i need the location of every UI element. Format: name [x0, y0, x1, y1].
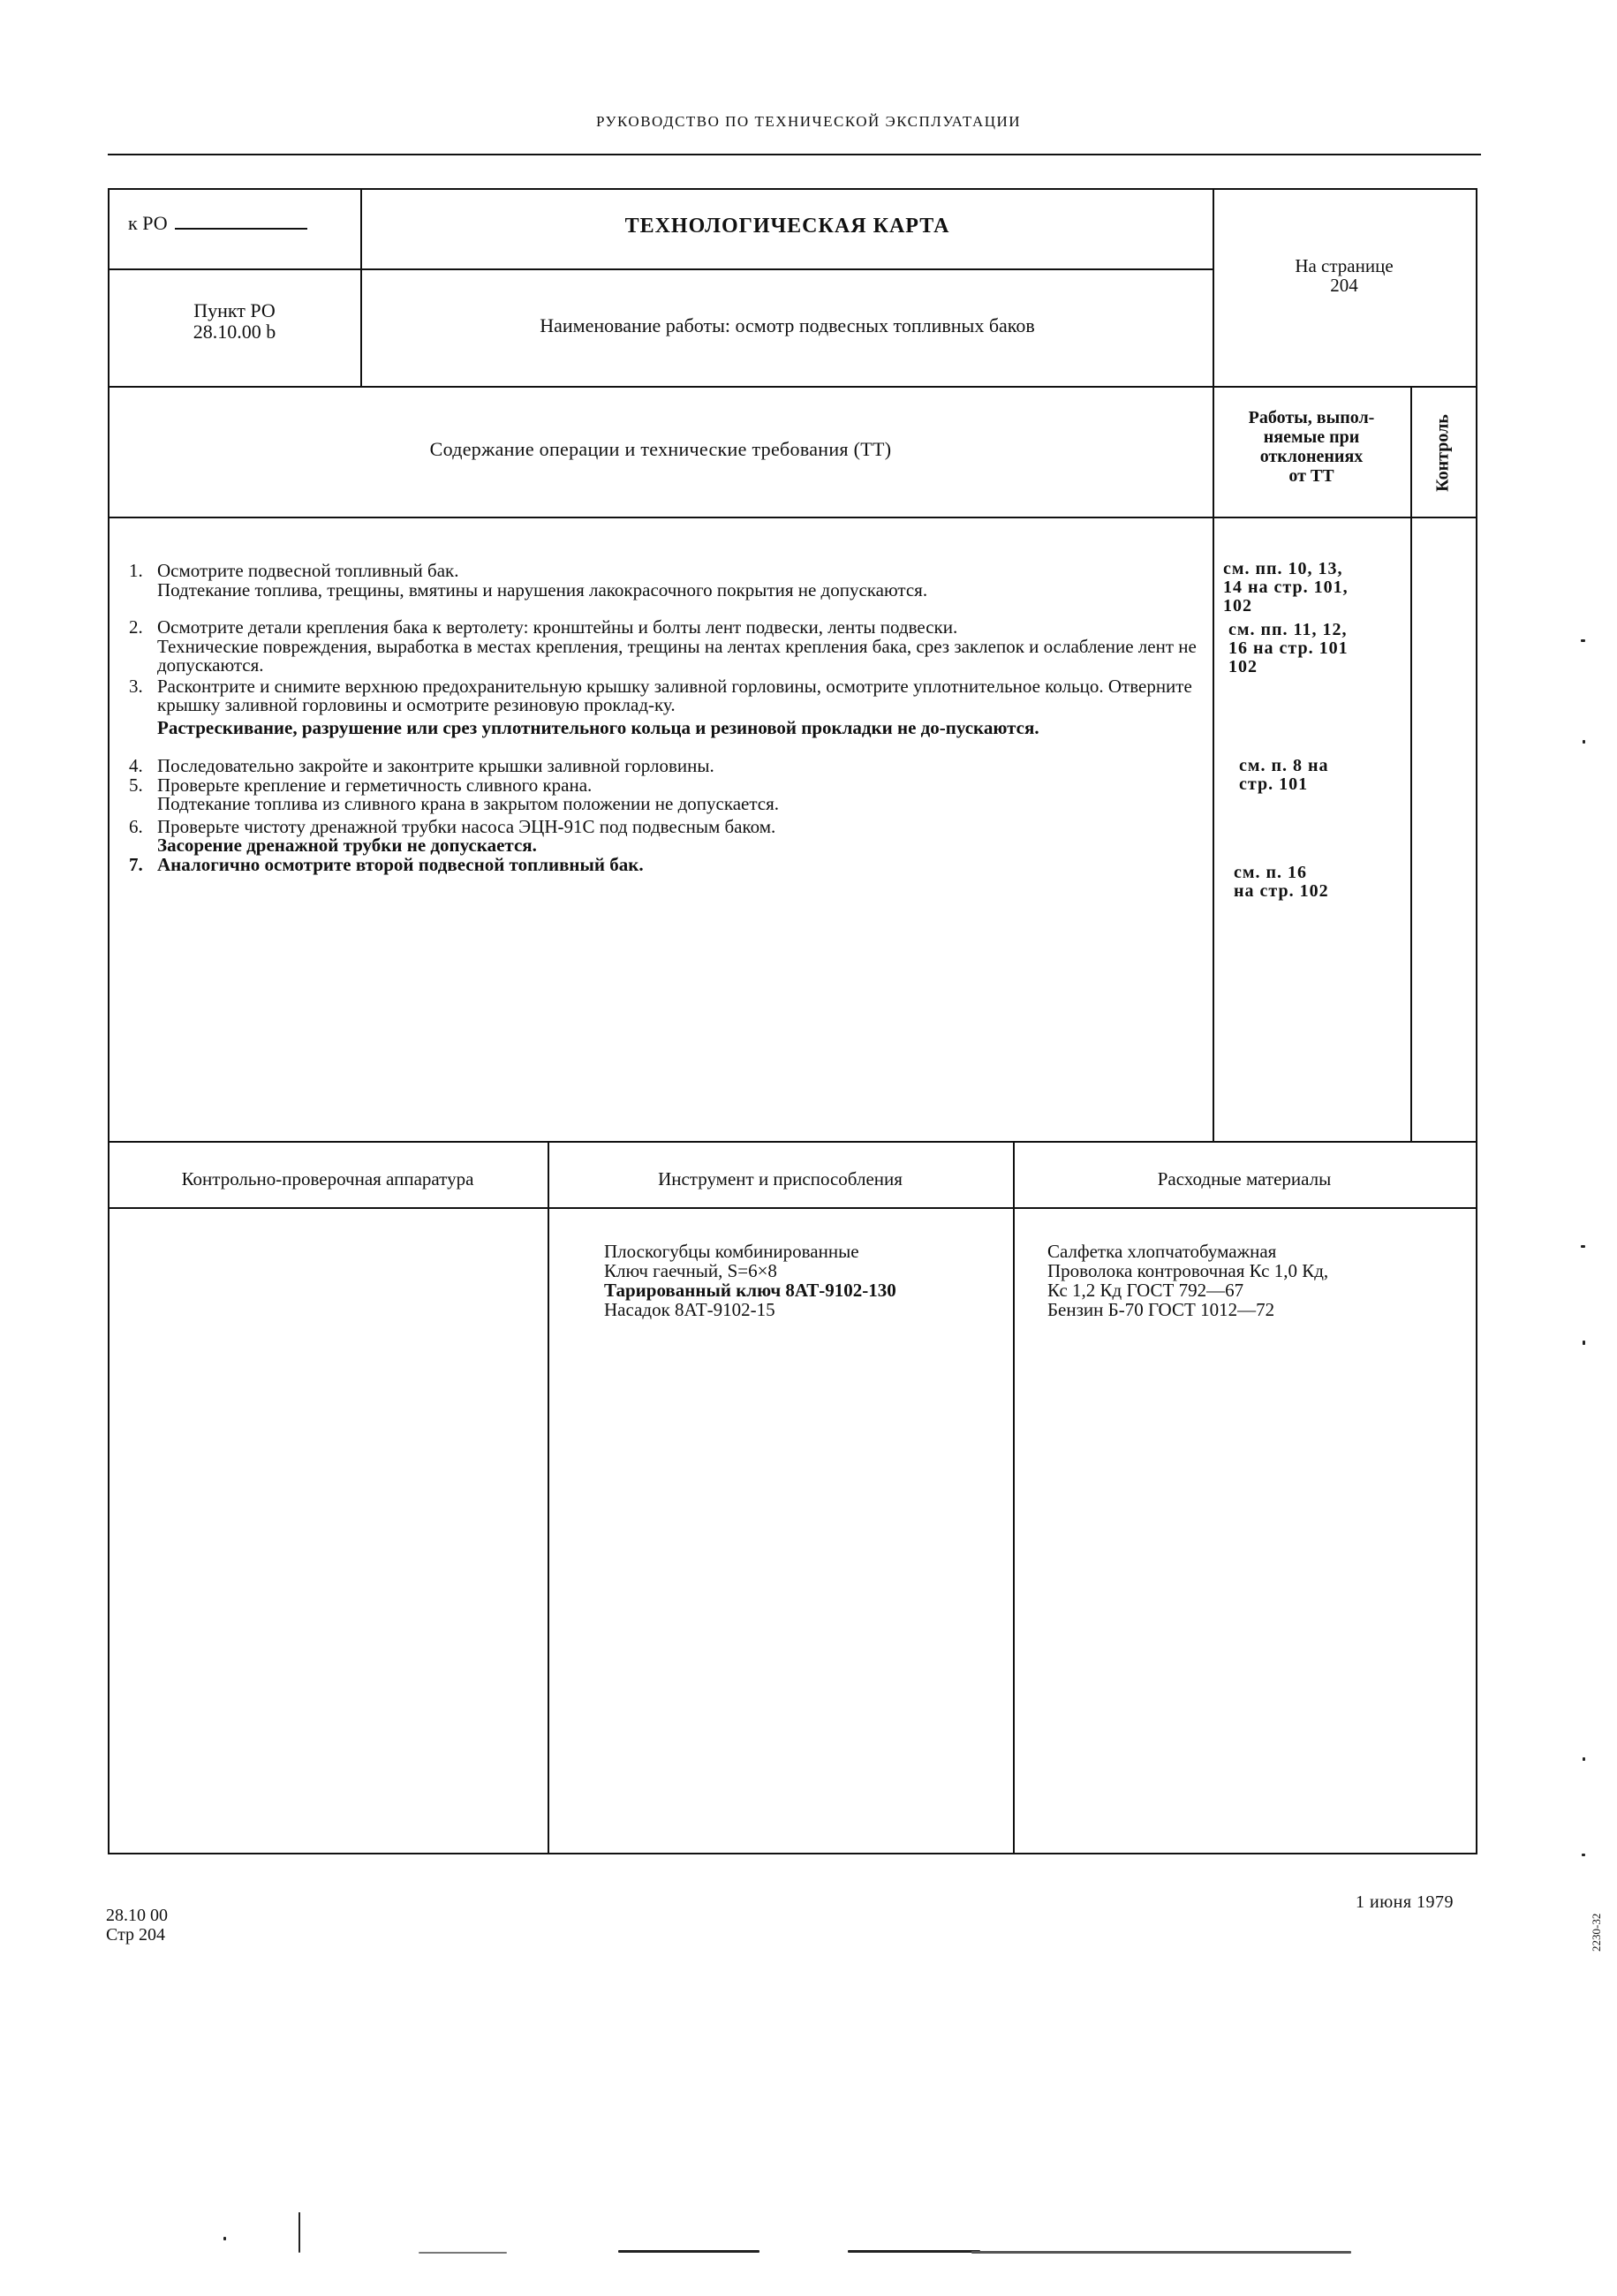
operation-requirement: Подтекание топлива, трещины, вмятины и н… [157, 581, 1211, 600]
operation-requirement: Растрескивание, разрушение или срез упло… [157, 719, 1211, 738]
operation-number: 4. [129, 757, 143, 776]
ref-line: см. п. 8 на [1239, 757, 1329, 775]
footer-date: 1 июня 1979 [1356, 1892, 1454, 1913]
k-ro-field: к РО [128, 212, 307, 235]
deviations-header-line: Работы, выпол- [1213, 408, 1410, 427]
deviation-ref: см. пп. 10, 13, 14 на стр. 101, 102 [1223, 560, 1349, 616]
operation-action: Осмотрите подвесной топливный бак. [157, 560, 459, 581]
table-top-border [108, 188, 1477, 190]
operation-requirement: Засорение дренажной трубки не допускаетс… [157, 836, 1211, 856]
tool-item: Ключ гаечный, S=6×8 [604, 1261, 896, 1280]
operation-number: 2. [129, 618, 143, 638]
ref-line: стр. 101 [1239, 775, 1329, 794]
tool-item: Тарированный ключ 8АТ-9102-130 [604, 1280, 896, 1300]
operation-action: Последовательно закройте и законтрите кр… [157, 755, 714, 776]
header-rule [108, 154, 1481, 155]
scan-mark [298, 2212, 300, 2253]
ref-line: 14 на стр. 101, [1223, 578, 1349, 597]
side-print-code: 2230-32 [1590, 1914, 1604, 1952]
scan-speck [1581, 639, 1585, 642]
tool-item: Насадок 8АТ-9102-15 [604, 1300, 896, 1319]
operation-action: Проверьте крепление и герметичность слив… [157, 774, 592, 796]
operation-item: 3. Расконтрите и снимите верхнюю предохр… [129, 677, 1211, 738]
divider-bottom-col2 [1013, 1141, 1015, 1853]
deviations-column-header: Работы, выпол- няемые при отклонениях от… [1213, 408, 1410, 486]
deviation-ref: см. п. 8 на стр. 101 [1239, 757, 1329, 794]
operation-number: 6. [129, 818, 143, 837]
divider-title-row [108, 268, 1213, 270]
scan-speck [1583, 1341, 1585, 1345]
operations-column-header: Содержание операции и технические требов… [109, 440, 1213, 459]
operation-requirement: Подтекание топлива из сливного крана в з… [157, 795, 1211, 814]
operation-item: 2. Осмотрите детали крепления бака к вер… [129, 618, 1211, 676]
scan-mark [419, 2252, 507, 2254]
k-ro-blank [175, 227, 307, 230]
test-equipment-header: Контрольно-проверочная аппаратура [108, 1168, 548, 1190]
control-header-label: Контроль [1433, 414, 1454, 492]
divider-bottom-section [108, 1141, 1477, 1143]
ref-line: см. п. 16 [1234, 864, 1329, 882]
punkt-ro: Пункт РО 28.10.00 b [109, 300, 360, 343]
operation-action: Проверьте чистоту дренажной трубки насос… [157, 816, 775, 837]
table-bottom-border [108, 1853, 1477, 1854]
divider-bottom-col1 [548, 1141, 549, 1853]
ref-line: 16 на стр. 101 [1228, 639, 1349, 658]
tools-list: Плоскогубцы комбинированные Ключ гаечный… [604, 1242, 896, 1319]
work-name: Наименование работы: осмотр подвесных то… [362, 316, 1213, 336]
operation-item: 5. Проверьте крепление и герметичность с… [129, 776, 1211, 814]
operation-item: 7. Аналогично осмотрите второй подвесной… [129, 856, 1211, 875]
deviations-header-line: няемые при [1213, 427, 1410, 447]
deviation-ref: см. п. 16 на стр. 102 [1234, 864, 1329, 901]
operations-list: 1. Осмотрите подвесной топливный бак. По… [129, 562, 1211, 874]
divider-header-block [108, 386, 1477, 388]
operation-number: 5. [129, 776, 143, 796]
table-right-border [1476, 188, 1477, 1854]
operation-action: Аналогично осмотрите второй подвесной то… [157, 854, 644, 875]
scan-speck [1582, 1854, 1585, 1856]
operation-number: 1. [129, 562, 143, 581]
ref-line: см. пп. 10, 13, [1223, 560, 1349, 578]
operation-item: 6. Проверьте чистоту дренажной трубки на… [129, 818, 1211, 856]
scan-speck [1583, 1757, 1585, 1761]
footer-page-number: Стр 204 [106, 1925, 168, 1945]
punkt-label: Пункт РО [109, 300, 360, 321]
footer-section-code: 28.10 00 [106, 1906, 168, 1925]
deviation-ref: см. пп. 11, 12, 16 на стр. 101 102 [1228, 621, 1349, 676]
deviations-header-line: отклонениях [1213, 447, 1410, 466]
ref-line: 102 [1228, 658, 1349, 676]
running-head: РУКОВОДСТВО ПО ТЕХНИЧЕСКОЙ ЭКСПЛУАТАЦИИ [0, 113, 1617, 131]
material-item: Кс 1,2 Кд ГОСТ 792—67 [1047, 1280, 1328, 1300]
scan-speck [1583, 740, 1585, 744]
deviations-header-line: от ТТ [1213, 466, 1410, 486]
divider-column-headers [108, 517, 1477, 518]
operation-number: 3. [129, 677, 143, 697]
divider-right-col [1213, 188, 1214, 1141]
scan-mark [618, 2250, 759, 2253]
ref-line: на стр. 102 [1234, 882, 1329, 901]
operation-item: 4. Последовательно закройте и законтрите… [129, 757, 1211, 776]
operation-action: Осмотрите детали крепления бака к вертол… [157, 616, 957, 638]
scan-speck [223, 2237, 226, 2240]
material-item: Проволока контровочная Кс 1,0 Кд, [1047, 1261, 1328, 1280]
card-title: ТЕХНОЛОГИЧЕСКАЯ КАРТА [362, 215, 1213, 237]
scan-mark [971, 2251, 1351, 2254]
operation-number: 7. [129, 856, 143, 875]
on-page-label: На странице [1213, 256, 1476, 276]
control-column-header: Контроль [1410, 389, 1476, 517]
k-ro-label: к РО [128, 212, 168, 234]
footer-code: 28.10 00 Стр 204 [106, 1906, 168, 1945]
on-page: На странице 204 [1213, 256, 1476, 295]
tools-header: Инструмент и приспособления [548, 1168, 1013, 1190]
operation-action: Расконтрите и снимите верхнюю предохрани… [157, 676, 1192, 716]
divider-bottom-headers [108, 1207, 1477, 1209]
ref-line: см. пп. 11, 12, [1228, 621, 1349, 639]
ref-line: 102 [1223, 597, 1349, 616]
material-item: Бензин Б-70 ГОСТ 1012—72 [1047, 1300, 1328, 1319]
operation-item: 1. Осмотрите подвесной топливный бак. По… [129, 562, 1211, 600]
scan-speck [1581, 1245, 1585, 1248]
punkt-value: 28.10.00 b [109, 321, 360, 343]
materials-header: Расходные материалы [1013, 1168, 1476, 1190]
on-page-value: 204 [1213, 276, 1476, 295]
tool-item: Плоскогубцы комбинированные [604, 1242, 896, 1261]
operation-requirement: Технические повреждения, выработка в мес… [157, 638, 1211, 676]
table-left-border [108, 188, 110, 1854]
materials-list: Салфетка хлопчатобумажная Проволока конт… [1047, 1242, 1328, 1319]
material-item: Салфетка хлопчатобумажная [1047, 1242, 1328, 1261]
scan-mark [848, 2250, 980, 2253]
